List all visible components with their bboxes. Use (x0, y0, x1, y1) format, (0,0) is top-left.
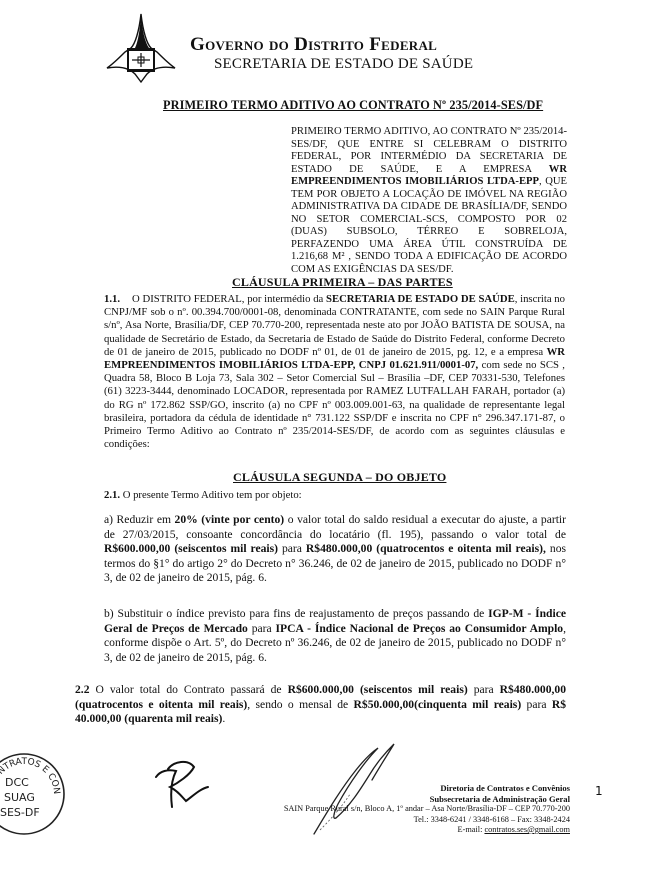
contract-summary: PRIMEIRO TERMO ADITIVO, AO CONTRATO Nº 2… (291, 126, 567, 276)
bold-text: R$50.000,00(cinquenta mil reais) (354, 698, 522, 711)
footer-department: Diretoria de Contratos e Convênios (414, 783, 570, 794)
footer-email-link[interactable]: contratos.ses@gmail.com (484, 825, 570, 834)
footer-phones: Tel.: 3348-6241 / 3348-6168 – Fax: 3348-… (414, 815, 570, 826)
paragraph-number: 2.1. (104, 489, 120, 501)
clause1-paragraph-1-1: 1.1.O DISTRITO FEDERAL, por intermédio d… (104, 293, 565, 451)
gdf-brasilia-emblem-icon (105, 12, 177, 84)
text: , sendo o mensal de (247, 698, 353, 711)
text: para (248, 622, 276, 635)
document-title: PRIMEIRO TERMO ADITIVO AO CONTRATO Nº 23… (163, 98, 543, 113)
text: O DISTRITO FEDERAL, por intermédio da (132, 293, 326, 305)
email-label: E-mail: (458, 825, 485, 834)
clause2-item-a: a) Reduzir em 20% (vinte por cento) o va… (104, 513, 566, 586)
paragraph-number: 1.1. (104, 293, 120, 305)
document-page: Governo do Distrito Federal SECRETARIA D… (0, 0, 648, 879)
text: para (468, 683, 500, 696)
clause2-item-b: b) Substituir o índice previsto para fin… (104, 607, 566, 665)
bold-text: 20% (vinte por cento) (175, 513, 285, 526)
text: O presente Termo Aditivo tem por objeto: (120, 489, 302, 501)
stamp-line-dcc: DCC (5, 776, 29, 789)
text: a) Reduzir em (104, 513, 175, 526)
clause1-heading: CLÁUSULA PRIMEIRA – DAS PARTES (232, 275, 453, 290)
footer-address: SAIN Parque Rural s/n, Bloco A, 1º andar… (284, 804, 570, 813)
text: para (278, 542, 306, 555)
signature-icon (310, 730, 405, 840)
text: O valor total do Contrato passará de (90, 683, 288, 696)
page-number: 1 (595, 784, 603, 798)
clause2-paragraph-2-1: 2.1. O presente Termo Aditivo tem por ob… (104, 489, 302, 501)
clause2-heading: CLÁUSULA SEGUNDA – DO OBJETO (233, 470, 446, 485)
header-subtitle: SECRETARIA DE ESTADO DE SAÚDE (214, 56, 473, 73)
text: para (521, 698, 552, 711)
stamp-line-sesdf: SES-DF (0, 806, 40, 819)
text: com sede no SCS , Quadra 58, Bloco B Loj… (104, 359, 565, 450)
bold-text: R$600.000,00 (seiscentos mil reais) (288, 683, 468, 696)
bold-text: R$480.000,00 (quatrocentos e oitenta mil… (306, 542, 546, 555)
bold-text: SECRETARIA DE ESTADO DE SAÚDE (326, 293, 515, 305)
summary-text-cont: , QUE TEM POR OBJETO A LOCAÇÃO DE IMÓVEL… (291, 176, 567, 275)
bold-text: R$600.000,00 (seiscentos mil reais) (104, 542, 278, 555)
clause2-paragraph-2-2: 2.2 O valor total do Contrato passará de… (75, 683, 566, 727)
footer-email-line: E-mail: contratos.ses@gmail.com (414, 825, 570, 836)
paragraph-number: 2.2 (75, 683, 90, 696)
bold-text: IPCA - Índice Nacional de Preços ao Cons… (276, 622, 564, 635)
footer-subdepartment: Subsecretaria de Administração Geral (414, 794, 570, 805)
stamp-line-suag: SUAG (4, 791, 35, 804)
header-title: Governo do Distrito Federal (190, 34, 437, 56)
text: . (222, 712, 225, 725)
text: b) Substituir o índice previsto para fin… (104, 607, 488, 620)
initials-signature-icon (150, 757, 220, 817)
summary-text: PRIMEIRO TERMO ADITIVO, AO CONTRATO Nº 2… (291, 126, 567, 175)
